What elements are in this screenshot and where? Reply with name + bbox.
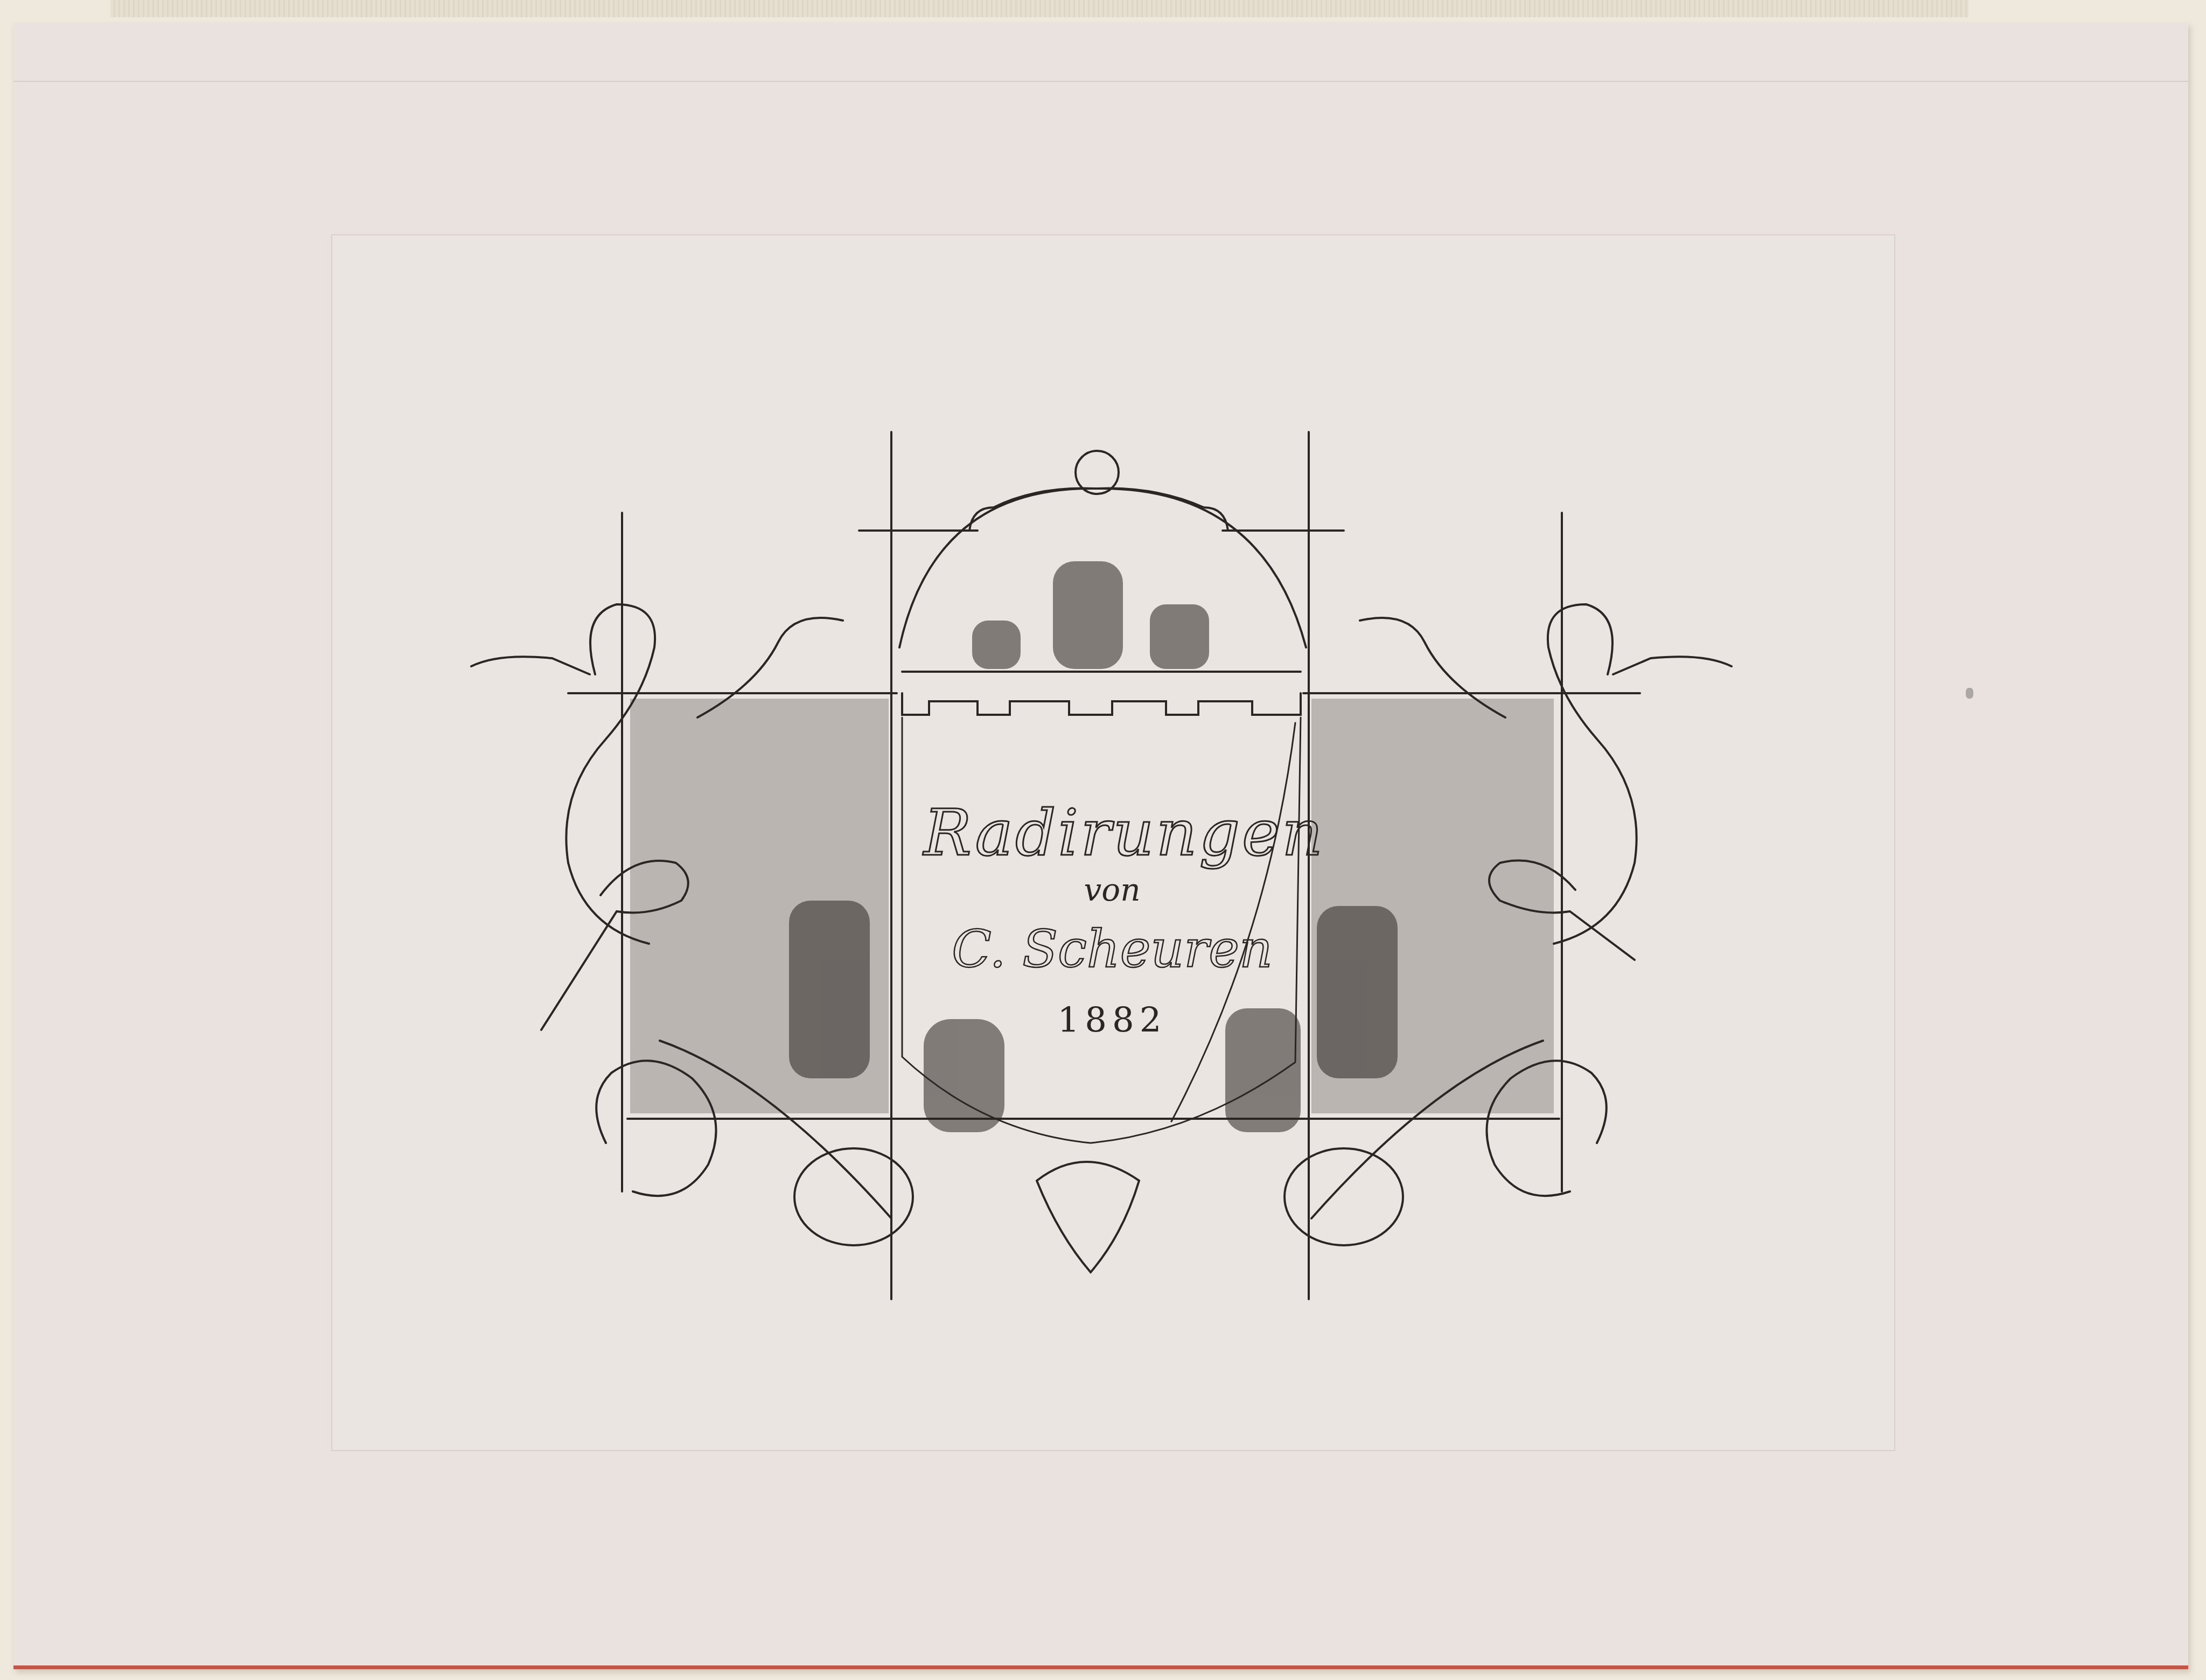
paper-blemish: [1966, 688, 1973, 699]
title-text: Radirungen: [924, 798, 1301, 868]
by-word: von: [924, 872, 1301, 908]
paper-sheet: Radirungen von C. Scheuren 1882: [13, 23, 2188, 1669]
title-block: Radirungen von C. Scheuren 1882: [924, 798, 1301, 1041]
backing-tape: [110, 0, 1968, 17]
year-text: 1882: [924, 1001, 1301, 1041]
author-name: C. Scheuren: [924, 919, 1301, 979]
